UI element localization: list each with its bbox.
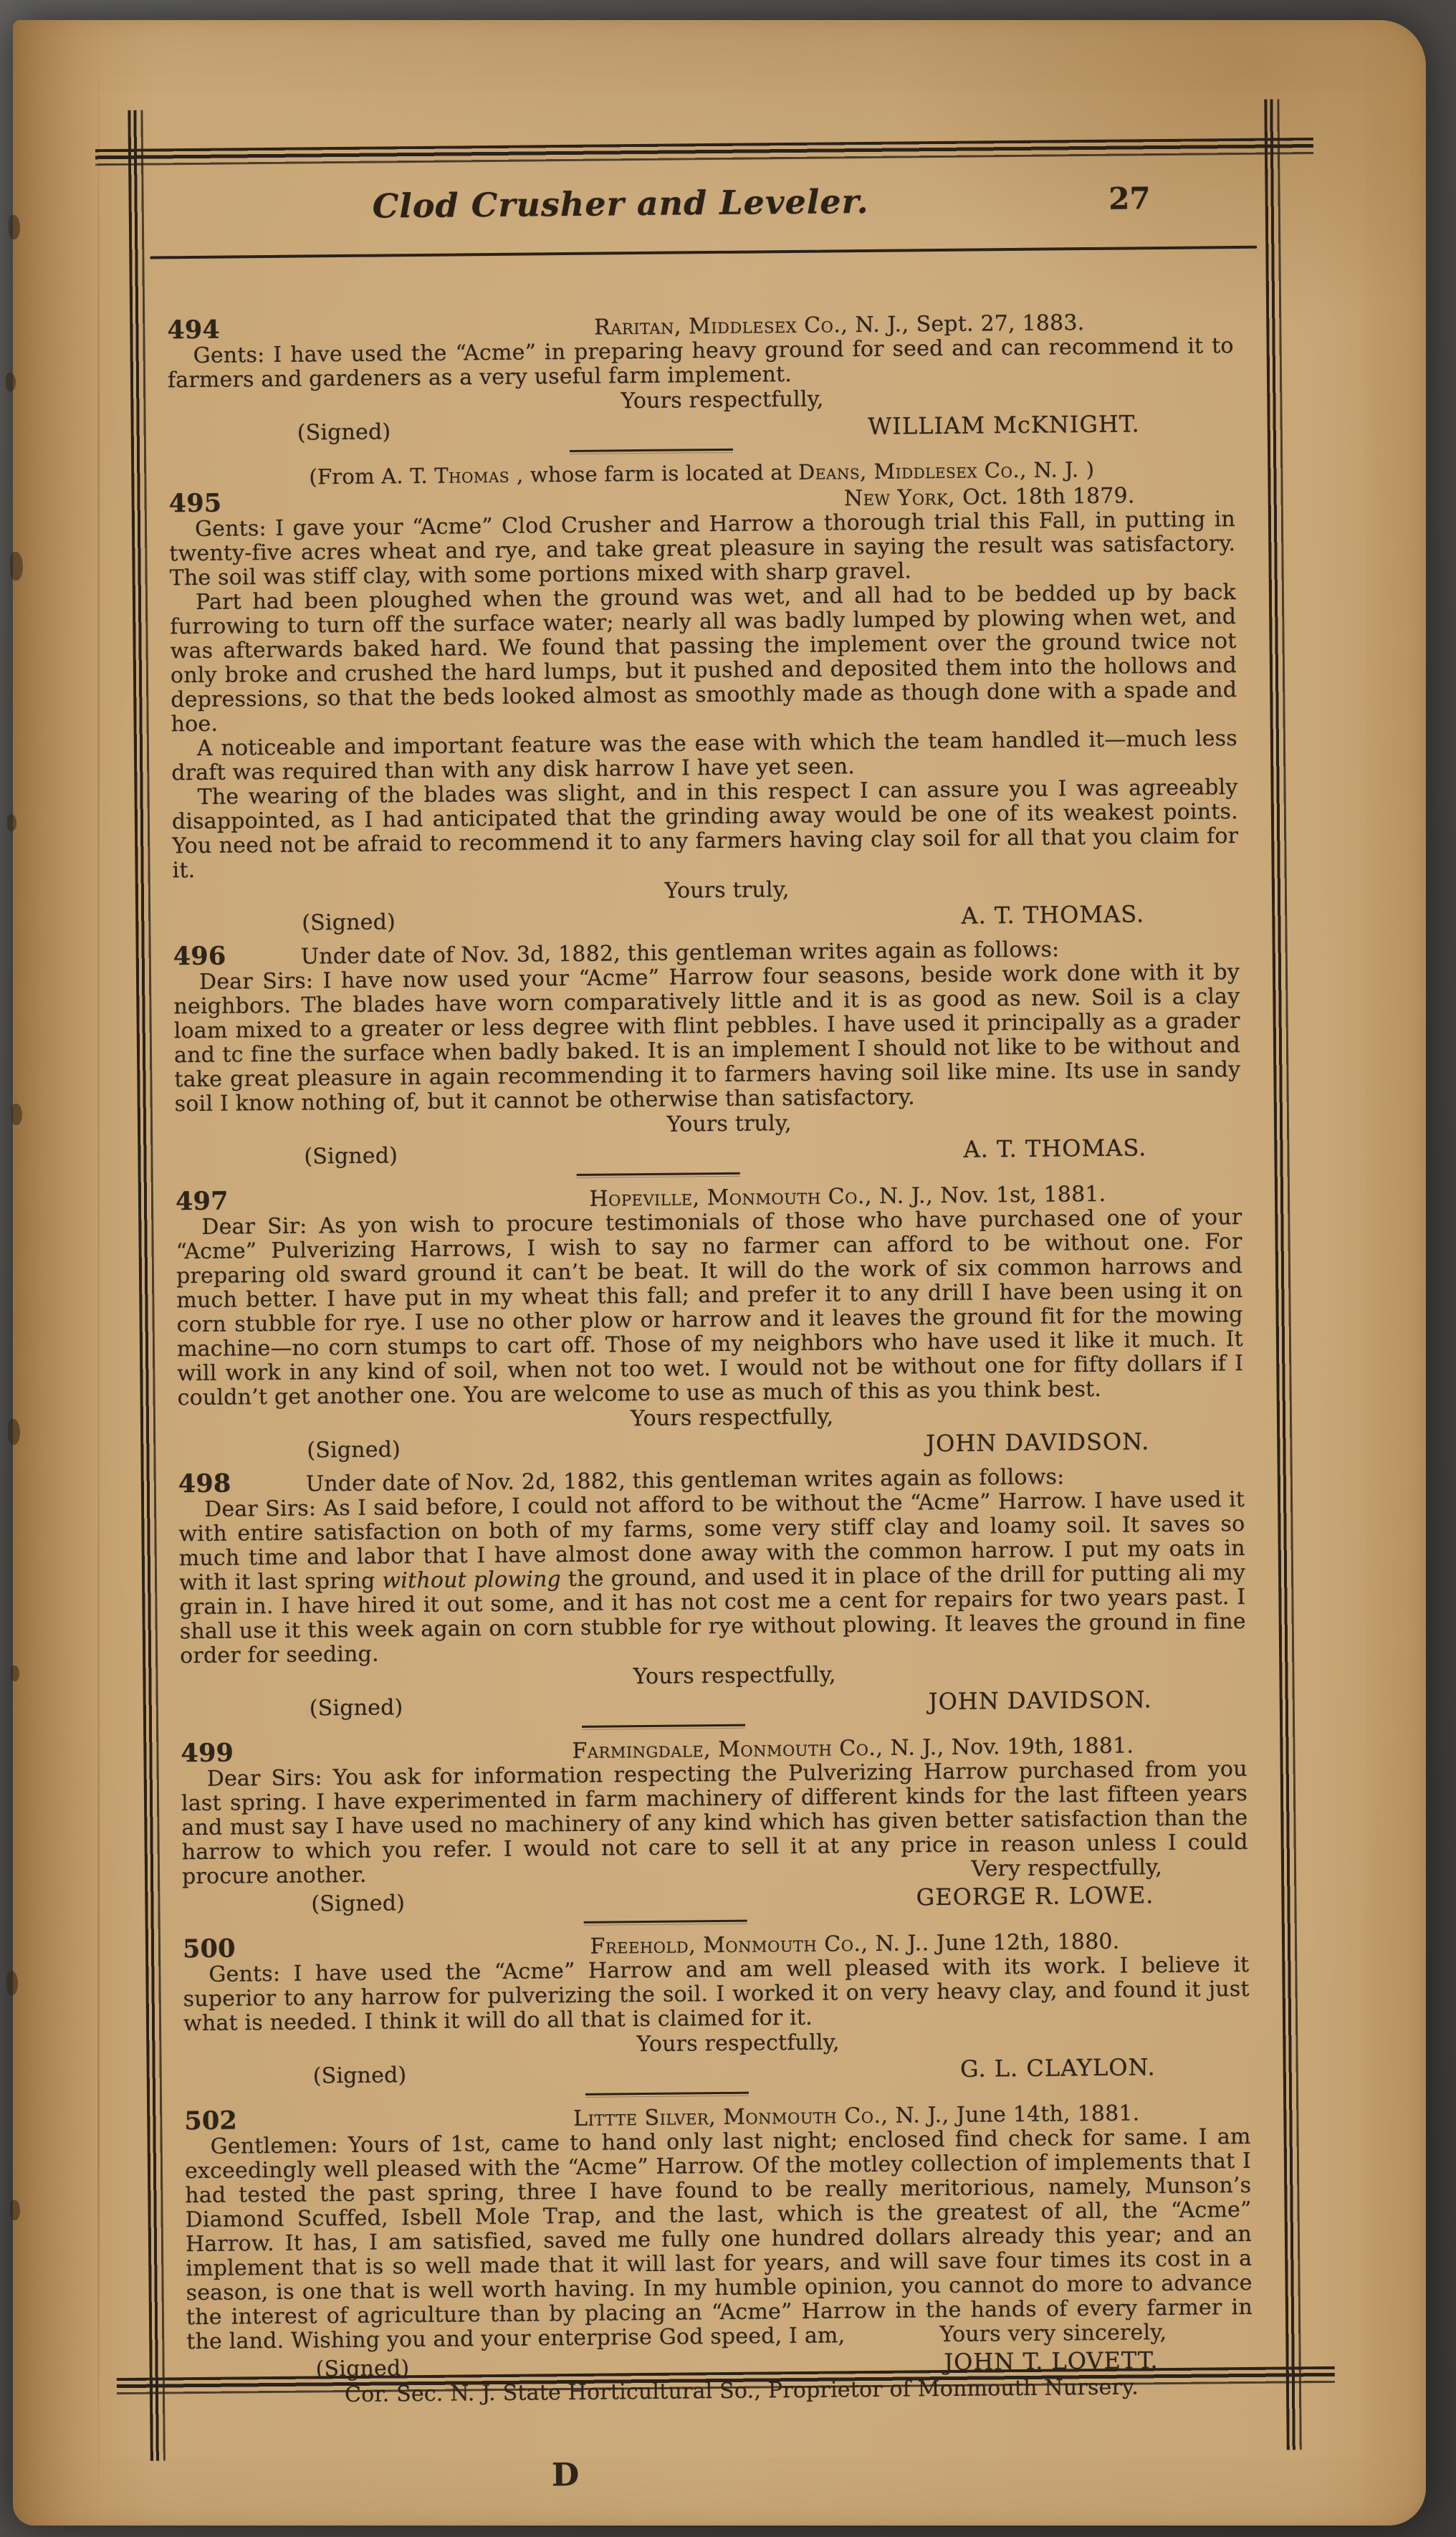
entry-number: 502 [184, 2108, 312, 2134]
dateline-date: Nov. 1st, 1881. [940, 1182, 1106, 1208]
letter-paragraph: Gents: I gave your “Acme” Clod Crusher a… [169, 507, 1236, 591]
entry-divider [584, 1920, 747, 1926]
valediction: Yours very sincerely, [914, 2321, 1167, 2347]
entry-number: 500 [183, 1936, 310, 1962]
book-page: Clod Crusher and Leveler. 27 494 Raritan… [13, 20, 1426, 2526]
signature: JOHN DAVIDSON. [926, 1429, 1149, 1456]
letter-paragraph: Dear Sirs: You ask for information respe… [181, 1757, 1249, 1889]
signed-row: (Signed) A. T. THOMAS. [173, 901, 1239, 937]
letter-paragraph: Gentlemen: Yours of 1st, came to hand on… [185, 2125, 1253, 2354]
dateline-place: Hopeville, Monmouth Co., N. J., [589, 1183, 933, 1212]
paper-blemish [11, 1666, 19, 1681]
signature: G. L. CLAYLON. [960, 2055, 1156, 2081]
signed-row: (Signed) A. T. THOMAS. [175, 1134, 1241, 1170]
entry-number: 494 [167, 317, 294, 343]
page-title: Clod Crusher and Leveler. [149, 180, 1091, 228]
entry-number: 495 [169, 491, 297, 517]
testimonial-entry-498: 498 Under date of Nov. 2d, 1882, this ge… [178, 1462, 1247, 1734]
signed-label: (Signed) [307, 1438, 401, 1463]
signed-label: (Signed) [310, 1696, 403, 1721]
signature: WILLIAM McKNIGHT. [868, 411, 1140, 439]
dateline-date: Nov. 19th, 1881. [952, 1733, 1134, 1759]
testimonial-entry-495: (From A. T. Thomas, whose farm is locate… [168, 456, 1239, 937]
dateline-date: Oct. 18th 1879. [962, 483, 1135, 510]
note-text: ) [1086, 457, 1094, 482]
letter-paragraph: Dear Sirs: I have now used your “Acme” H… [173, 960, 1241, 1117]
valediction: Yours respectfully, [456, 386, 989, 415]
paper-blemish [10, 552, 23, 580]
emphasized-phrase: without plowing [382, 1567, 561, 1593]
dateline-place: Freehold, Monmouth Co., N. J.. [590, 1931, 929, 1959]
signed-row: (Signed) G. L. CLAYLON. [184, 2054, 1250, 2090]
signed-label: (Signed) [311, 1891, 405, 1916]
signed-label: (Signed) [316, 2356, 410, 2381]
note-text: (From A. T. [309, 464, 434, 489]
valediction: Yours truly, [460, 876, 993, 905]
printed-area: Clod Crusher and Leveler. 27 494 Raritan… [1, 14, 1437, 2533]
border-rule-left [128, 110, 165, 2461]
signed-row: (Signed) JOHN DAVIDSON. [178, 1428, 1244, 1464]
signed-label: (Signed) [302, 910, 396, 935]
dateline-date: June 12th, 1880. [937, 1929, 1120, 1956]
border-rule-top [95, 138, 1313, 166]
entry-divider [582, 1724, 745, 1730]
entry-divider [577, 1172, 740, 1178]
entry-number: 498 [178, 1471, 306, 1497]
letter-paragraph: Gents: I have used the “Acme” Harrow and… [183, 1953, 1250, 2036]
dateline-place: New York, [844, 485, 956, 511]
signature: JOHN DAVIDSON. [929, 1687, 1152, 1714]
paper-blemish [11, 1104, 22, 1125]
testimonial-entry-497: 497 Hopeville, Monmouth Co., N. J.,Nov. … [176, 1180, 1245, 1464]
testimonial-entry-502: 502 Littte Silver, Monmouth Co., N. J.,J… [184, 2099, 1253, 2409]
signed-label: (Signed) [304, 1144, 398, 1169]
paper-blemish [7, 814, 16, 831]
testimonial-letters: 494 Raritan, Middlesex Co., N. J.,Sept. … [167, 300, 1253, 2409]
dateline-place: Raritan, Middlesex Co., N. J., [594, 312, 909, 340]
letter-paragraph: Dear Sirs: As I said before, I could not… [178, 1488, 1246, 1668]
testimonial-entry-494: 494 Raritan, Middlesex Co., N. J.,Sept. … [167, 308, 1235, 458]
valediction: Yours respectfully, [471, 2029, 1005, 2058]
valediction: Yours truly, [463, 1109, 996, 1139]
testimonial-entry-496: 496 Under date of Nov. 3d, 1882, this ge… [173, 935, 1242, 1182]
dateline-date: Sept. 27, 1883. [916, 310, 1084, 337]
letter-paragraph: Part had been ploughed when the ground w… [170, 580, 1237, 737]
testimonial-entry-500: 500 Freehold, Monmouth Co., N. J..June 1… [183, 1927, 1250, 2101]
signature: GEORGE R. LOWE. [916, 1883, 1154, 1909]
paper-blemish [6, 1971, 18, 1995]
letter-paragraph: Gents: I have used the “Acme” in prepari… [168, 334, 1235, 393]
running-head: Clod Crusher and Leveler. 27 [149, 178, 1257, 254]
entry-number: 497 [176, 1189, 303, 1215]
paper-blemish [10, 2200, 20, 2220]
valediction: Yours respectfully, [466, 1403, 999, 1433]
signed-row: (Signed) WILLIAM McKNIGHT. [168, 411, 1235, 446]
paragraph-text: Gentlemen: Yours of 1st, came to hand on… [185, 2124, 1253, 2354]
border-rule-right [1264, 99, 1301, 2450]
signed-row: (Signed) JOHN DAVIDSON. [181, 1686, 1247, 1722]
note-text: , whose farm is located at [517, 460, 798, 487]
signed-label: (Signed) [297, 420, 391, 445]
letter-paragraph: Dear Sir: As yon wish to procure testimo… [176, 1205, 1244, 1410]
paper-blemish [6, 373, 16, 391]
signature: A. T. THOMAS. [961, 902, 1144, 927]
entry-number: 496 [173, 944, 301, 970]
paper-blemish [8, 1419, 20, 1445]
valediction: Yours respectfully, [468, 1661, 1001, 1691]
paper-blemish [9, 215, 20, 239]
note-text: Deans, Middlesex Co., N. J. [798, 457, 1079, 484]
printers-signature-mark: D [526, 2457, 605, 2494]
signature: JOHN T. LOVETT. [944, 2348, 1159, 2374]
dateline-date: June 14th, 1881. [957, 2101, 1140, 2127]
entry-divider [570, 449, 733, 454]
valediction: Very respectfully, [945, 1855, 1162, 1882]
note-text: Thomas [434, 463, 509, 488]
testimonial-entry-499: 499 Farmingdale, Monmouth Co., N. J.,Nov… [181, 1731, 1248, 1929]
letter-paragraph: The wearing of the blades was slight, an… [171, 775, 1238, 883]
signature: A. T. THOMAS. [963, 1135, 1146, 1161]
page-number: 27 [1108, 181, 1151, 216]
entry-divider [585, 2092, 749, 2098]
entry-number: 499 [181, 1741, 308, 1767]
signed-label: (Signed) [313, 2063, 407, 2088]
